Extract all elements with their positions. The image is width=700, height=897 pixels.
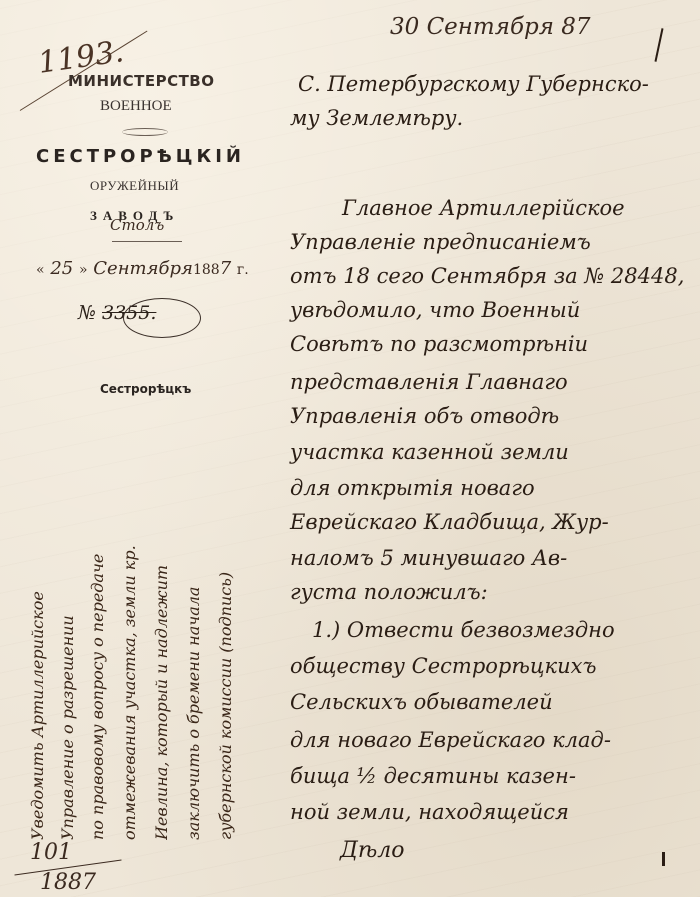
date-quote-close: » (79, 262, 88, 278)
date-year-printed: 188 (193, 262, 220, 278)
letterhead-desk-handwritten: Столъ (110, 216, 164, 234)
bottom-tick-mark (662, 852, 665, 866)
margin-note-line: Иевлина, который и надлежит (152, 420, 171, 840)
date-year-handwritten: 7 (220, 258, 231, 279)
margin-note-line: по правовому вопросу о передаче (88, 420, 107, 840)
page-mark (654, 28, 663, 62)
date-suffix: г. (237, 262, 249, 278)
body-line: Совѣтъ по разсмотрѣніи (290, 332, 588, 356)
received-date: 30 Сентября 87 (390, 14, 591, 40)
body-line: увѣдомило, что Военный (290, 298, 580, 322)
body-line: Сельскихъ обывателей (290, 690, 553, 714)
letterhead-arms: ОРУЖЕЙНЫЙ (90, 178, 179, 194)
letterhead-factory-name: СЕСТРОРѢЦКІЙ (36, 146, 245, 167)
margin-note-line: губернской комиссии (подпись) (216, 420, 235, 840)
body-line: обществу Сестрорѣцкихъ (290, 654, 596, 678)
margin-note-line: Управление о разрешении (58, 420, 77, 840)
letterhead-date: « 25 » Сентября1887 г. (36, 258, 249, 279)
letterhead-ministry: МИНИСТЕРСТВО (68, 72, 215, 90)
body-line: Управленія объ отводѣ (290, 404, 559, 428)
addressee-line: му Землемѣру. (290, 106, 463, 130)
document-page: 1193. МИНИСТЕРСТВО ВОЕННОЕ СЕСТРОРѢЦКІЙ … (0, 0, 700, 897)
body-line: Еврейскаго Кладбища, Жур- (290, 510, 609, 534)
bottom-word: Дѣло (340, 838, 405, 863)
body-line: 1.) Отвести безвозмездно (312, 618, 615, 642)
body-line: отъ 18 сего Сентября за № 28448, (290, 264, 684, 288)
body-line: бища ½ десятины казен- (290, 764, 576, 788)
letterhead-number: №3355. (78, 302, 156, 324)
letterhead-place: Сестрорѣцкъ (100, 382, 191, 396)
letterhead-military: ВОЕННОЕ (100, 98, 172, 115)
margin-resolution-note: Уведомить Артиллерийское Управление о ра… (20, 420, 260, 840)
date-day: 25 (50, 258, 73, 279)
ornament-divider (122, 128, 168, 136)
number-oval (123, 298, 201, 338)
body-line: Главное Артиллерійское (342, 196, 625, 220)
body-line: густа положилъ: (290, 580, 488, 604)
archive-number-bottom: 101 1887 (14, 840, 122, 895)
number-sign: № (78, 302, 96, 324)
margin-note-line: Уведомить Артиллерийское (28, 420, 47, 840)
margin-note-line: отмежевания участка, земли кр. (120, 420, 139, 840)
archive-bottom-year: 1887 (40, 870, 122, 895)
addressee-line: С. Петербургскому Губернско- (298, 72, 649, 96)
body-line: ной земли, находящейся (290, 800, 569, 824)
body-line: для новаго Еврейскаго клад- (290, 728, 611, 752)
date-month: Сентября (93, 258, 193, 279)
body-line: участка казенной земли (290, 440, 569, 464)
ornament-divider-2 (112, 241, 182, 246)
date-quote-open: « (36, 262, 45, 278)
body-line: наломъ 5 минувшаго Ав- (290, 546, 567, 570)
body-line: представленія Главнаго (290, 370, 568, 394)
body-line: для открытія новаго (290, 476, 535, 500)
margin-note-line: заключить о бремени начала (184, 420, 203, 840)
body-line: Управленіе предписаніемъ (290, 230, 591, 254)
